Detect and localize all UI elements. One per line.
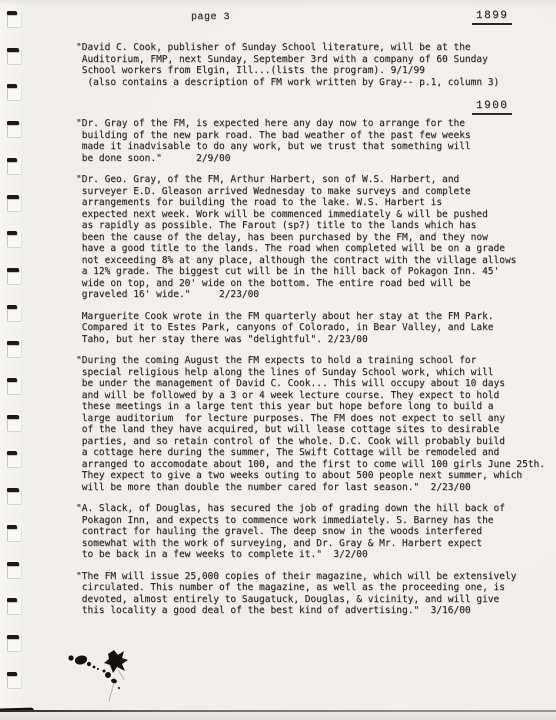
journal-entry: "Dr. Geo. Gray, of the FM, Arthur Harber… — [76, 174, 545, 301]
entries-1900: "Dr. Gray of the FM, is expected here an… — [76, 118, 545, 627]
binding-hole — [7, 563, 22, 579]
binding-hole — [7, 85, 22, 101]
binding-hole — [7, 673, 22, 689]
binding-hole — [7, 122, 22, 138]
entries-1899: "David C. Cook, publisher of Sunday Scho… — [76, 42, 499, 98]
binding-hole — [7, 49, 22, 65]
binding-hole — [7, 159, 22, 175]
binding-hole — [7, 416, 22, 432]
ink-blot — [58, 646, 150, 708]
binding-hole — [7, 636, 22, 652]
journal-entry: Marguerite Cook wrote in the FM quarterl… — [76, 311, 545, 346]
binding-hole — [7, 342, 22, 358]
scan-edge-strip — [0, 712, 556, 720]
journal-entry: "A. Slack, of Douglas, has secured the j… — [76, 503, 545, 561]
year-heading-1900: 1900 — [472, 100, 512, 115]
binding-hole — [7, 196, 22, 212]
binding-hole — [7, 232, 22, 248]
scanned-journal-page: page 3 1899 1900 "David C. Cook, publish… — [0, 0, 556, 720]
binding-hole — [7, 599, 22, 615]
binding-hole — [7, 306, 22, 322]
journal-entry: "David C. Cook, publisher of Sunday Scho… — [76, 42, 499, 88]
journal-entry: "The FM will issue 25,000 copies of thei… — [76, 571, 545, 617]
binding-hole — [7, 379, 22, 395]
journal-entry: "During the coming August the FM expects… — [76, 355, 545, 493]
binding-hole — [7, 489, 22, 505]
binding-holes — [0, 0, 30, 720]
year-heading-1899: 1899 — [472, 10, 512, 25]
journal-entry: "Dr. Gray of the FM, is expected here an… — [76, 118, 545, 164]
binding-hole — [7, 12, 22, 28]
binding-hole — [7, 269, 22, 285]
binding-hole — [7, 452, 22, 468]
binding-hole — [7, 526, 22, 542]
page-number-label: page 3 — [191, 12, 230, 24]
